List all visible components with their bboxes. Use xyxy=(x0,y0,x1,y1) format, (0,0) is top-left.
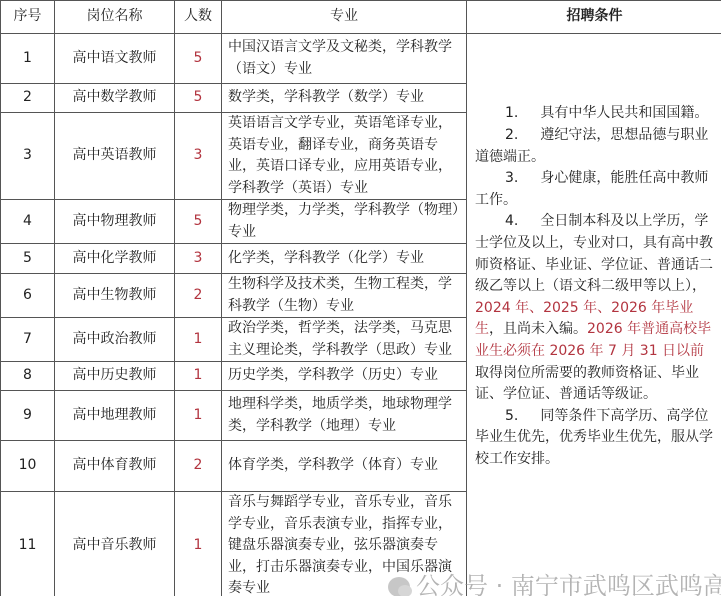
row-major: 体育学类，学科教学（体育）专业 xyxy=(222,441,467,492)
row-position: 高中音乐教师 xyxy=(55,492,175,596)
row-position: 高中物理教师 xyxy=(55,200,175,244)
row-index: 6 xyxy=(1,274,55,318)
requirements-cell: 1.具有中华人民共和国国籍。 2.遵纪守法，思想品德与职业道德端正。 3.身心健… xyxy=(467,34,721,596)
row-count: 5 xyxy=(175,200,222,244)
row-index: 8 xyxy=(1,362,55,391)
requirement-item-3: 3.身心健康，能胜任高中教师工作。 xyxy=(475,168,716,211)
row-position: 高中语文教师 xyxy=(55,34,175,84)
row-index: 10 xyxy=(1,441,55,492)
row-count: 1 xyxy=(175,318,222,362)
row-index: 7 xyxy=(1,318,55,362)
row-count: 3 xyxy=(175,113,222,200)
row-position: 高中化学教师 xyxy=(55,244,175,274)
header-count: 人数 xyxy=(175,1,222,34)
row-position: 高中地理教师 xyxy=(55,391,175,441)
row-major: 政治学类，哲学类，法学类，马克思主义理论类，学科教学（思政）专业 xyxy=(222,318,467,362)
table-row: 1 高中语文教师 5 中国汉语言文学及文秘类，学科教学（语文）专业 1.具有中华… xyxy=(1,34,721,84)
row-index: 3 xyxy=(1,113,55,200)
row-major: 数学类，学科教学（数学）专业 xyxy=(222,84,467,113)
requirement-item-2: 2.遵纪守法，思想品德与职业道德端正。 xyxy=(475,125,716,168)
header-position: 岗位名称 xyxy=(55,1,175,34)
row-major: 历史学类，学科教学（历史）专业 xyxy=(222,362,467,391)
row-position: 高中政治教师 xyxy=(55,318,175,362)
header-index: 序号 xyxy=(1,1,55,34)
row-position: 高中体育教师 xyxy=(55,441,175,492)
row-count: 2 xyxy=(175,274,222,318)
row-major: 英语语言文学专业，英语笔译专业，英语专业，翻译专业，商务英语专业，英语口译专业，… xyxy=(222,113,467,200)
row-major: 音乐与舞蹈学专业，音乐专业，音乐学专业，音乐表演专业，指挥专业，键盘乐器演奏专业… xyxy=(222,492,467,596)
requirement-item-4: 4.全日制本科及以上学历，学士学位及以上，专业对口，具有高中教师资格证、毕业证、… xyxy=(475,211,716,405)
row-major: 生物科学及技术类，生物工程类，学科教学（生物）专业 xyxy=(222,274,467,318)
row-position: 高中英语教师 xyxy=(55,113,175,200)
row-major: 中国汉语言文学及文秘类，学科教学（语文）专业 xyxy=(222,34,467,84)
row-index: 11 xyxy=(1,492,55,596)
header-major: 专业 xyxy=(222,1,467,34)
row-count: 1 xyxy=(175,492,222,596)
row-count: 5 xyxy=(175,34,222,84)
header-row: 序号 岗位名称 人数 专业 招聘条件 xyxy=(1,1,721,34)
row-index: 4 xyxy=(1,200,55,244)
row-count: 2 xyxy=(175,441,222,492)
row-position: 高中生物教师 xyxy=(55,274,175,318)
row-count: 3 xyxy=(175,244,222,274)
requirement-item-1: 1.具有中华人民共和国国籍。 xyxy=(475,103,716,125)
row-major: 地理科学类，地质学类，地球物理学类，学科教学（地理）专业 xyxy=(222,391,467,441)
row-index: 9 xyxy=(1,391,55,441)
header-requirements: 招聘条件 xyxy=(467,1,721,34)
row-position: 高中历史教师 xyxy=(55,362,175,391)
row-count: 1 xyxy=(175,391,222,441)
row-major: 化学类，学科教学（化学）专业 xyxy=(222,244,467,274)
row-index: 2 xyxy=(1,84,55,113)
row-index: 1 xyxy=(1,34,55,84)
row-index: 5 xyxy=(1,244,55,274)
row-position: 高中数学教师 xyxy=(55,84,175,113)
requirement-item-5: 5.同等条件下高学历、高学位毕业生优先，优秀毕业生优先，服从学校工作安排。 xyxy=(475,406,716,471)
row-count: 1 xyxy=(175,362,222,391)
row-major: 物理学类，力学类，学科教学（物理）专业 xyxy=(222,200,467,244)
recruitment-table: 序号 岗位名称 人数 专业 招聘条件 1 高中语文教师 5 中国汉语言文学及文秘… xyxy=(0,0,721,596)
row-count: 5 xyxy=(175,84,222,113)
